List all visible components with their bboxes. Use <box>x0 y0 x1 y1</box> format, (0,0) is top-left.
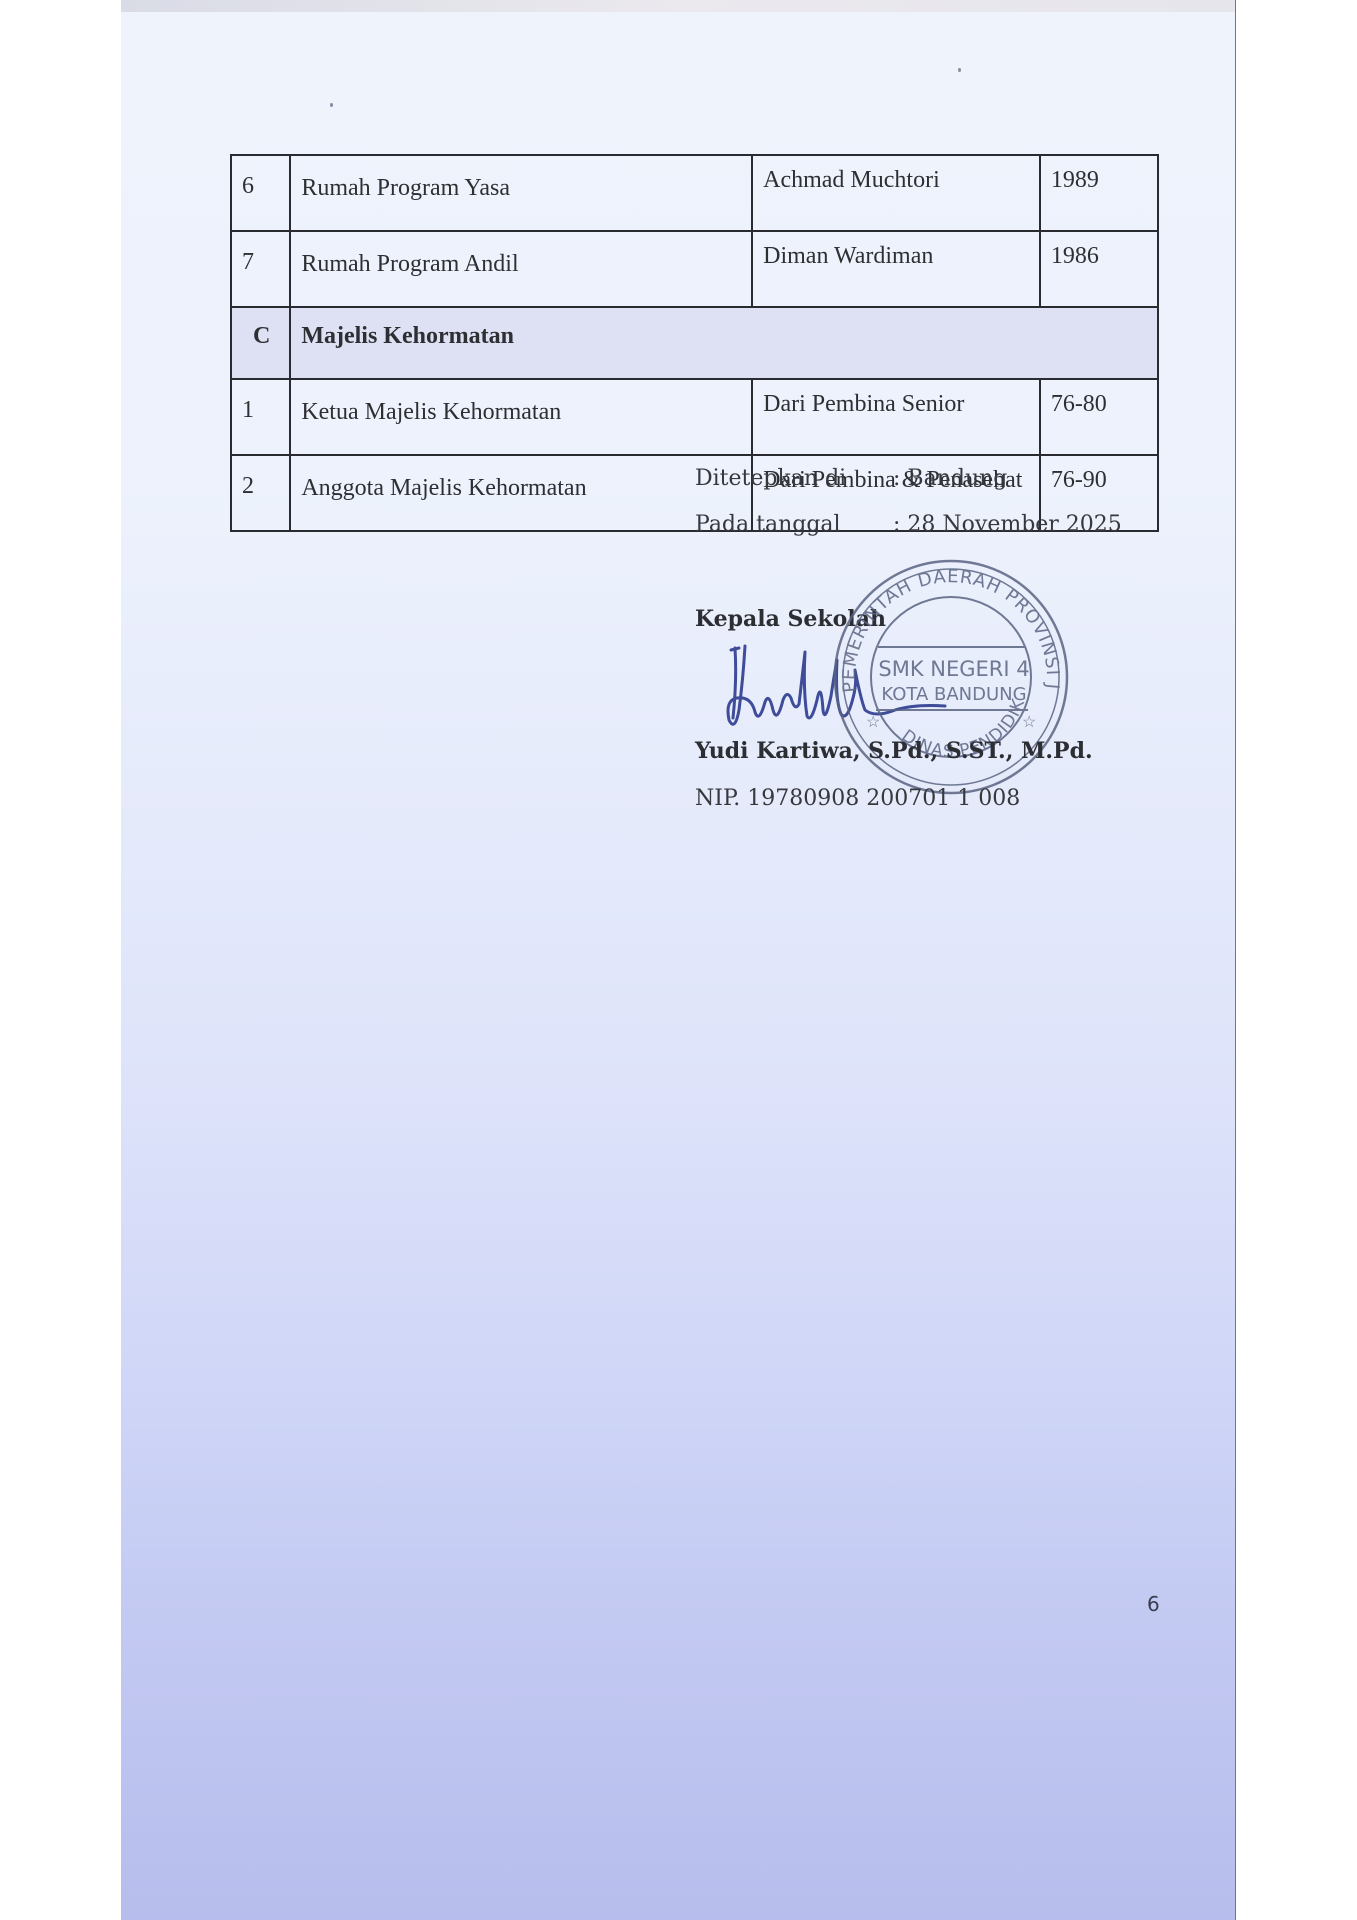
row-person: Diman Wardiman <box>752 231 1040 307</box>
paper-speck <box>330 103 333 107</box>
date-value: : 28 November 2025 <box>893 512 1122 537</box>
row-number: 1 <box>231 379 290 455</box>
row-number: 2 <box>231 455 290 531</box>
row-position: Rumah Program Yasa <box>290 155 752 231</box>
signer-nip: NIP. 19780908 200701 1 008 <box>695 786 1020 811</box>
place-value: : Bandung <box>893 466 1007 491</box>
official-stamp: PEMERINTAH DAERAH PROVINSI JAWA BARAT DI… <box>826 552 1076 802</box>
row-number: 6 <box>231 155 290 231</box>
table-section-row: C Majelis Kehormatan <box>231 307 1158 379</box>
row-person: Dari Pembina Senior <box>752 379 1040 455</box>
date-label: Pada tanggal <box>695 512 893 537</box>
place-line: Ditetepkan di: Bandung <box>695 466 1007 491</box>
row-person: Achmad Muchtori <box>752 155 1040 231</box>
stamp-star-icon: ☆ <box>866 714 880 731</box>
table-row: 1 Ketua Majelis Kehormatan Dari Pembina … <box>231 379 1158 455</box>
signer-name: Yudi Kartiwa, S.Pd., S.ST., M.Pd. <box>695 738 1093 764</box>
row-number: 7 <box>231 231 290 307</box>
row-year: 1986 <box>1040 231 1158 307</box>
paper-speck <box>958 68 961 72</box>
page-top-edge <box>121 0 1235 12</box>
place-label: Ditetepkan di <box>695 466 893 491</box>
section-title: Majelis Kehormatan <box>290 307 1158 379</box>
table-row: 7 Rumah Program Andil Diman Wardiman 198… <box>231 231 1158 307</box>
row-position: Rumah Program Andil <box>290 231 752 307</box>
row-position: Anggota Majelis Kehormatan <box>290 455 752 531</box>
stamp-center-line2: KOTA BANDUNG <box>881 684 1026 705</box>
row-year: 76-80 <box>1040 379 1158 455</box>
section-letter: C <box>231 307 290 379</box>
stamp-center-line1: SMK NEGERI 4 <box>878 657 1029 681</box>
table-row: 6 Rumah Program Yasa Achmad Muchtori 198… <box>231 155 1158 231</box>
page-number: 6 <box>1147 1592 1160 1616</box>
row-year: 1989 <box>1040 155 1158 231</box>
date-line: Pada tanggal: 28 November 2025 <box>695 512 1122 537</box>
row-position: Ketua Majelis Kehormatan <box>290 379 752 455</box>
stamp-star-icon: ☆ <box>1022 714 1036 731</box>
